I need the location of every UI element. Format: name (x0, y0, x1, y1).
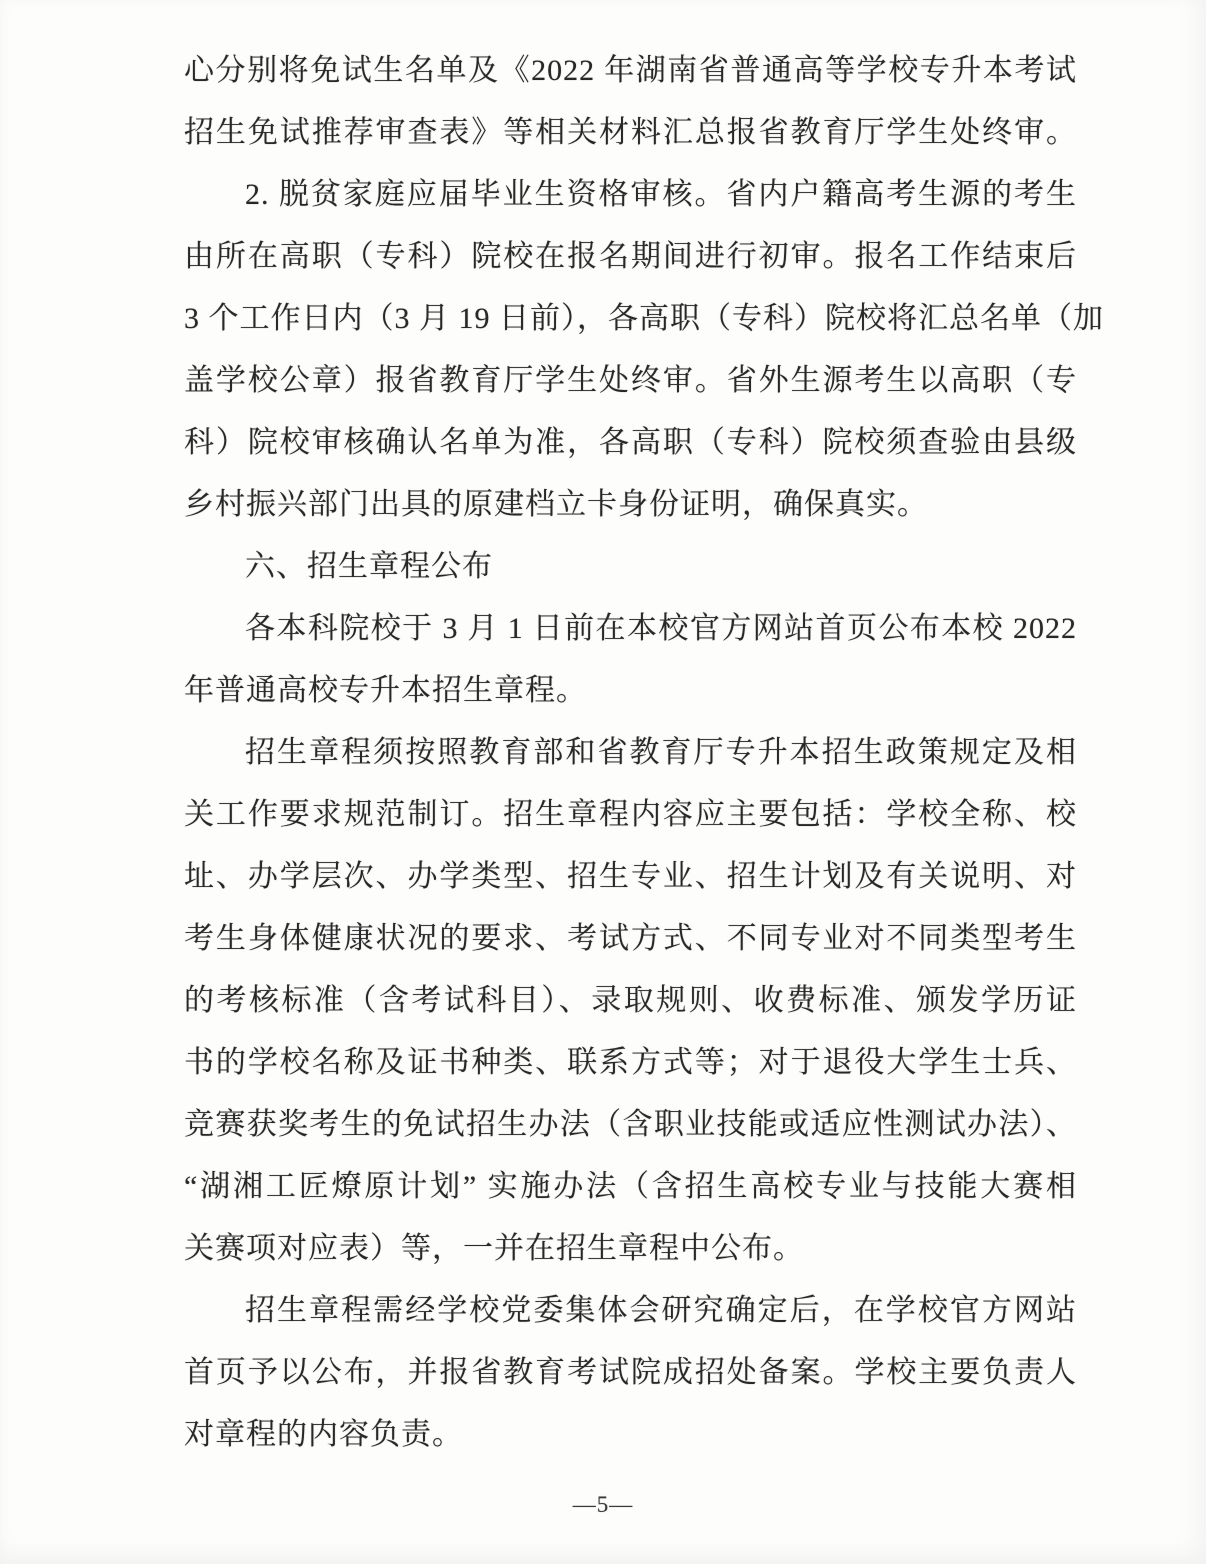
text-line: 招生免试推荐审查表》等相关材料汇总报省教育厅学生处终审。 (184, 102, 1077, 164)
text-line: 考生身体健康状况的要求、考试方式、不同专业对不同类型考生 (184, 908, 1077, 970)
text-line: “湖湘工匠燎原计划” 实施办法（含招生高校专业与技能大赛相 (184, 1156, 1077, 1218)
text-line: 由所在高职（专科）院校在报名期间进行初审。报名工作结束后 (184, 226, 1077, 288)
text-line: 年普通高校专升本招生章程。 (184, 660, 1077, 722)
text-line: 首页予以公布，并报省教育考试院成招处备案。学校主要负责人 (184, 1342, 1077, 1404)
text-line: 招生章程需经学校党委集体会研究确定后，在学校官方网站 (184, 1280, 1077, 1342)
text-line: 书的学校名称及证书种类、联系方式等；对于退役大学生士兵、 (184, 1032, 1077, 1094)
document-page: 心分别将免试生名单及《2022 年湖南省普通高等学校专升本考试 招生免试推荐审查… (0, 0, 1206, 1564)
text-line: 心分别将免试生名单及《2022 年湖南省普通高等学校专升本考试 (184, 40, 1077, 102)
text-line: 关工作要求规范制订。招生章程内容应主要包括：学校全称、校 (184, 784, 1077, 846)
text-line: 招生章程须按照教育部和省教育厅专升本招生政策规定及相 (184, 722, 1077, 784)
text-line: 乡村振兴部门出具的原建档立卡身份证明，确保真实。 (184, 474, 1077, 536)
text-line: 竞赛获奖考生的免试招生办法（含职业技能或适应性测试办法）、 (184, 1094, 1077, 1156)
text-line: 址、办学层次、办学类型、招生专业、招生计划及有关说明、对 (184, 846, 1077, 908)
section-heading: 六、招生章程公布 (184, 536, 1077, 598)
text-line: 盖学校公章）报省教育厅学生处终审。省外生源考生以高职（专 (184, 350, 1077, 412)
text-line: 的考核标准（含考试科目）、录取规则、收费标准、颁发学历证 (184, 970, 1077, 1032)
document-body: 心分别将免试生名单及《2022 年湖南省普通高等学校专升本考试 招生免试推荐审查… (184, 40, 1077, 1466)
text-line: 3 个工作日内（3 月 19 日前），各高职（专科）院校将汇总名单（加 (184, 288, 1077, 350)
text-line: 各本科院校于 3 月 1 日前在本校官方网站首页公布本校 2022 (184, 598, 1077, 660)
text-line: 2. 脱贫家庭应届毕业生资格审核。省内户籍高考生源的考生 (184, 164, 1077, 226)
text-line: 科）院校审核确认名单为准，各高职（专科）院校须查验由县级 (184, 412, 1077, 474)
text-line: 对章程的内容负责。 (184, 1404, 1077, 1466)
text-line: 关赛项对应表）等，一并在招生章程中公布。 (184, 1218, 1077, 1280)
page-number: —5— (0, 1492, 1206, 1518)
